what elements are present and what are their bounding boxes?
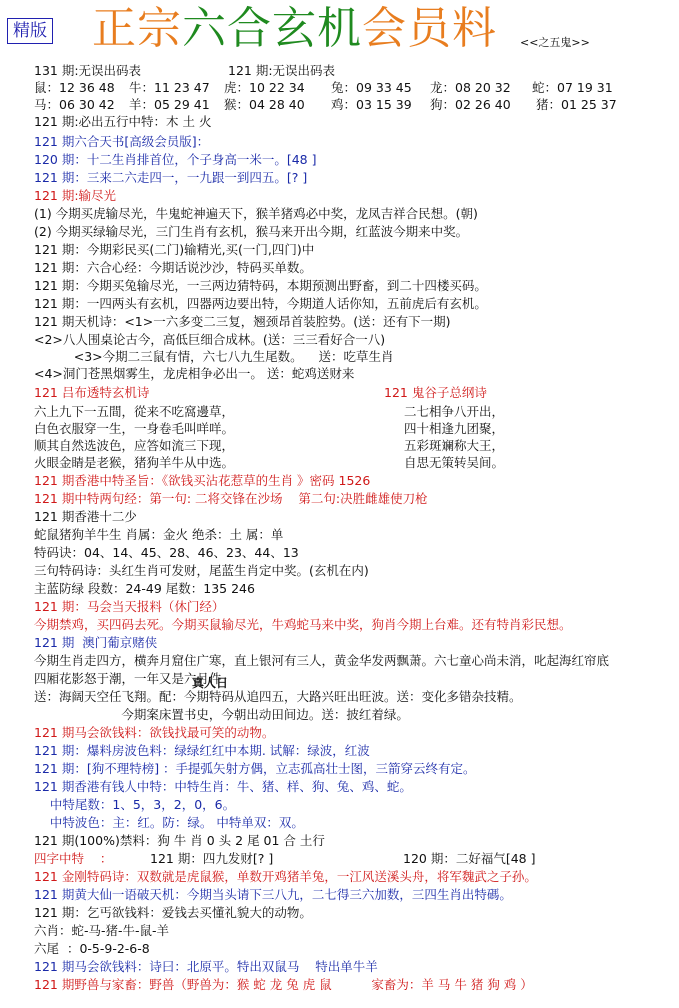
text-line: 121 期：乞丐欲钱料：爱钱去买懂礼貌大的动物。: [34, 905, 312, 921]
text-line: <2>八人围桌论古今，高低巨细合成林。(送：三三看好合一八): [34, 332, 385, 348]
title-part-2: 六合玄机: [182, 3, 362, 54]
text-line: <4>洞门苍黑烟雾生，龙虎相争必出一。 送：蛇鸡送财来: [34, 366, 354, 382]
zodiac-cell: 鸡：03 15 39: [331, 97, 412, 113]
zodiac-cell: 猪：01 25 37: [536, 97, 617, 113]
guigu-poem-line: 自思无策转吴间。: [404, 455, 504, 471]
poem-line: 白色衣服穿一生，一身卷毛叫咩咩。: [34, 421, 234, 437]
subtitle: <<之五鬼>>: [520, 34, 590, 50]
zodiac-cell: 羊：05 29 41: [129, 97, 210, 113]
text-line: 中特尾数：1、5，3，2，0，6。: [34, 797, 235, 813]
section-heading: 121 期:输尽光: [34, 188, 116, 204]
zodiac-cell: 牛：11 23 47: [129, 80, 210, 96]
title-part-3: 会员料: [362, 3, 497, 54]
four-char-120: 120 期：二好福气[48 ]: [403, 851, 535, 867]
text-line: 121 金刚特码诗：双数就是虎鼠猴，单数开鸡猪羊兔，一江风送溪头舟，将军魏武之子…: [34, 869, 537, 885]
text-line: 121 期香港中特圣旨：《欲钱买沾花惹草的生肖 》密码 1526: [34, 473, 370, 489]
text-line: 121 期六合天书[高级会员版]：: [34, 134, 209, 150]
guigu-poem-line: 五彩斑斓称大王，: [404, 438, 504, 454]
zodiac-cell: 猴：04 28 40: [224, 97, 305, 113]
zodiac-cell: 狗：02 26 40: [430, 97, 511, 113]
text-line: (2) 今期买绿输尽光，三门生肖有玄机，猴马来开出今期，红蓝波今期来中奖。: [34, 224, 468, 240]
text-line: 121 期：今期买兔输尽光，一三两边猜特码，本期预测出野畜，到二十四楼买码。: [34, 278, 487, 294]
text-line: 121 期马会欲钱料：诗曰：北原平。特出双鼠马 特出单牛羊: [34, 959, 378, 975]
edition-badge: 精版: [7, 18, 53, 44]
text-line: 送：海阔天空任飞翔。配：今期特码从追四五，大路兴旺出旺波。送：变化多错杂技精。: [34, 689, 522, 705]
text-line: 121 期:必出五行中特：木 土 火: [34, 114, 212, 130]
text-line: 三句特码诗：头红生肖可发财，尾蓝生肖定中奖。(玄机在内): [34, 563, 369, 579]
text-line: 六肖：蛇-马-猪-牛-鼠-羊: [34, 923, 169, 939]
header: 精版 正宗六合玄机会员料 <<之五鬼>>: [0, 0, 679, 58]
text-line: (1) 今期买虎输尽光，牛鬼蛇神遍天下，猴羊猪鸡必中奖，龙凤吉祥合民想。(朝): [34, 206, 478, 222]
text-line: 特码诀：04、14、45、28、46、23、44、13: [34, 545, 299, 561]
text-line: 121 期香港有钱人中特：中特生肖：牛、猪、样、狗、兔、鸡、蛇。: [34, 779, 412, 795]
page-title: 正宗六合玄机会员料: [92, 2, 497, 56]
text-line: 蛇鼠猪狗羊牛生 肖属：金火 绝杀：土 属：单: [34, 527, 283, 543]
section-heading-lubu: 121 吕布透特玄机诗: [34, 385, 149, 401]
zodiac-cell: 龙：08 20 32: [430, 80, 511, 96]
guigu-poem-line: 二七相争八开出，: [404, 404, 504, 420]
table-header-right: 121 期:无误出码表: [228, 63, 335, 79]
text-line: 121 期：三来二六走四一，一九跟一到四五。[? ]: [34, 170, 307, 186]
text-line: <3>今期二三鼠有情，六七八九生尾数。 送：吃草生肖: [34, 349, 394, 365]
text-line: 121 期(100%)禁料：狗 牛 肖 0 头 2 尾 01 合 土行: [34, 833, 325, 849]
zodiac-cell: 虎：10 22 34: [224, 80, 305, 96]
text-line: 今期禁鸡，买四码去死。今期买鼠输尽光，牛鸡蛇马来中奖，狗肖今期上台难。还有特肖彩…: [34, 617, 572, 633]
text-line: 主蓝防绿 段数：24-49 尾数：135 246: [34, 581, 255, 597]
text-line: 121 期马会欲钱料：欲钱找最可笑的动物。: [34, 725, 274, 741]
zodiac-cell: 马：06 30 42: [34, 97, 115, 113]
text-line: 120 期：十二生肖排首位，个子身高一米一。[48 ]: [34, 152, 316, 168]
section-heading: 121 期 澳门葡京赌侠: [34, 635, 157, 651]
text-line: 121 期：一四两头有玄机，四器两边要出特，今期道人话你知，五前虎后有玄机。: [34, 296, 487, 312]
text-line: 121 期：[狗不理特榜] ：手提弧矢射方偶，立志孤高壮士图，三箭穿云终有定。: [34, 761, 476, 777]
section-heading: 121 期：马会当天报料（休门经）: [34, 599, 224, 615]
guigu-poem-line: 四十相逢九团聚，: [404, 421, 504, 437]
text-line: 121 期天机诗：<1>一六多变二三复，翘颈昂首装腔势。(送：还有下一期): [34, 314, 451, 330]
zodiac-cell: 蛇：07 19 31: [532, 80, 613, 96]
table-header-left: 131 期:无误出码表: [34, 63, 141, 79]
poem-line: 六上九下一五間，從来不吃窩邊草，: [34, 404, 234, 420]
text-line: 今期生肖走四方，横奔月窟住广寒，直上银河有三人，黄金华发两飘萧。六七童心尚未消，…: [34, 653, 609, 669]
text-line: 121 期：今期彩民买(二门)输精光,买(一门,四门)中: [34, 242, 314, 258]
poem-line: 顺其自然选波色，应答如流三下现，: [34, 438, 234, 454]
four-char-121: 121 期：四九发财[? ]: [150, 851, 273, 867]
text-line: 中特波色：主：红。防：绿。 中特单双：双。: [34, 815, 304, 831]
text-line: 121 期中特两句经：第一句: 二将交锋在沙场 第二句:决胜雌雄使刀枪: [34, 491, 428, 507]
text-line: 121 期野兽与家畜：野兽（野兽为：猴 蛇 龙 兔 虎 鼠 家畜为：羊 马 牛 …: [34, 977, 533, 993]
text-line: 今期案床置书史，今朝出动田间边。送：披红着绿。: [34, 707, 409, 723]
text-line: 六尾 ：0-5-9-2-6-8: [34, 941, 150, 957]
four-char-label: 四字中特 ：: [34, 851, 112, 867]
text-line: 121 期：六合心经：今期话说沙沙，特码买单数。: [34, 260, 312, 276]
poem-line: 火眼金睛是老猴，猪狗羊牛从中选。: [34, 455, 234, 471]
text-line: 121 期黄大仙一语破天机：今期当头请下三八九，二七得三六加数，三四生肖出特碼。: [34, 887, 512, 903]
text-line: 121 期香港十二少: [34, 509, 137, 525]
section-heading-guigu: 121 鬼谷子总纲诗: [384, 385, 487, 401]
title-part-1: 正宗: [92, 3, 182, 54]
zodiac-cell: 鼠：12 36 48: [34, 80, 115, 96]
zodiac-cell: 兔：09 33 45: [331, 80, 412, 96]
text-line: 121 期：爆料房波色料：绿绿红红中本期. 试解：绿波，红波: [34, 743, 370, 759]
